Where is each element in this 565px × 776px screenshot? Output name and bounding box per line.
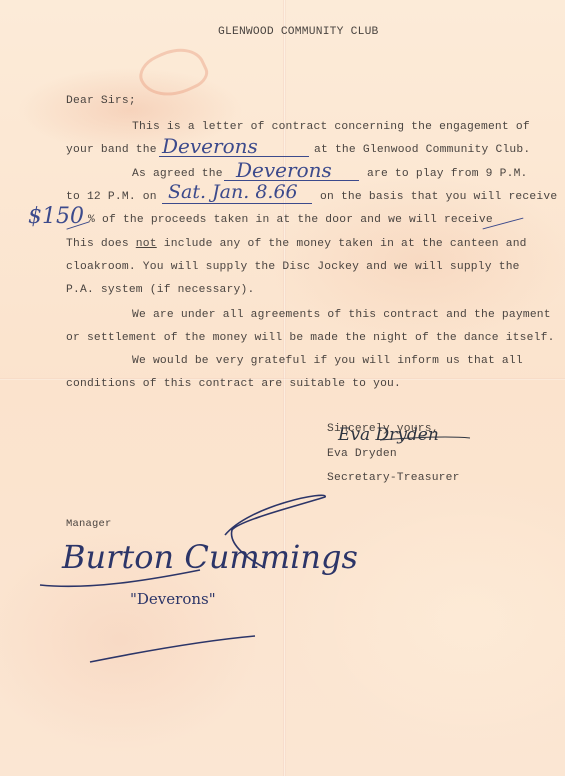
signature-flourish (0, 0, 565, 776)
scanned-contract-letter: GLENWOOD COMMUNITY CLUB Dear Sirs; This … (0, 0, 565, 776)
